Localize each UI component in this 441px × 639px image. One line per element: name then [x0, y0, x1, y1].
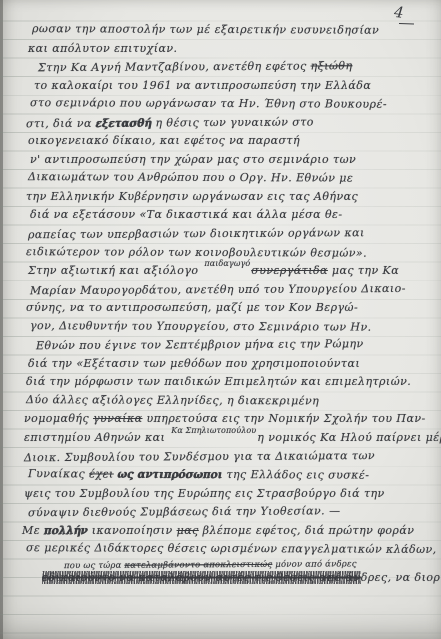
- manuscript-line: ν' αντιπροσωπεύση την χώραν μας στο σεμι…: [30, 151, 427, 170]
- text-segment: σύνης, να το αντιπροσωπεύση, μαζί με τον…: [26, 301, 358, 314]
- text-segment: Δύο άλλες αξιόλογες Ελληνίδες, η διακεκρ…: [26, 393, 319, 407]
- overwritten-text: εξετασθή: [96, 116, 152, 129]
- text-segment: ν' αντιπροσωπεύση την χώραν μας στο σεμι…: [30, 153, 356, 166]
- text-segment: ειδικώτερον τον ρόλον των κοινοβουλευτικ…: [26, 245, 367, 259]
- manuscript-line: Με πολλήν ικανοποίησιν μας βλέπομε εφέτο…: [22, 522, 427, 541]
- text-segment: η νομικός Κα Ηλού παίρνει μέρος εν: [257, 431, 441, 444]
- manuscript-line: Μαρίαν Μαυρογορδάτου, ανετέθη υπό του Υπ…: [30, 279, 427, 300]
- text-segment: οικογενειακό δίκαιο, και εφέτος να παρασ…: [28, 134, 300, 147]
- manuscript-line: γον, Διευθυντήν του Υπουργείου, στο Σεμι…: [30, 317, 427, 337]
- text-segment: βλέπομε εφέτος, διά πρώτην φοράν: [199, 524, 415, 537]
- text-segment: και απόλυτον επιτυχίαν.: [28, 42, 177, 55]
- manuscript-line: σύνης, να το αντιπροσωπεύση, μαζί με τον…: [26, 299, 427, 318]
- manuscript-line: Γυναίκας έχει ως αντιπρόσωποι της Ελλάδο…: [28, 465, 427, 485]
- text-segment: Εθνών που έγινε τον Σεπτέμβριον μήνα εις…: [36, 337, 364, 352]
- manuscript-line: εδικαιούντο να καταλάβουν αυτές τις θέσε…: [42, 571, 427, 588]
- manuscript-page: 4 ρωσαν την αποστολήν των μέ εξαιρετικήν…: [0, 0, 441, 639]
- scribbled-out-text: εδικαιούντο να καταλάβουν αυτές τις θέσε…: [42, 571, 361, 584]
- manuscript-line: Στην Κα Αγνή Μαντζαβίνου, ανετέθη εφέτος…: [38, 57, 427, 78]
- manuscript-line: Διοικ. Συμβουλίου του Συνδέσμου για τα Δ…: [24, 446, 427, 467]
- text-segment: ικανοποίησιν: [88, 524, 177, 537]
- manuscript-line: Εθνών που έγινε τον Σεπτέμβριον μήνα εις…: [36, 335, 427, 356]
- text-segment: Με: [22, 524, 44, 537]
- manuscript-line: διά την μόρφωσιν των παιδικών Επιμελητών…: [26, 373, 427, 392]
- struck-text: έχει: [89, 468, 114, 481]
- text-segment: επιστημίου Αθηνών και: [24, 431, 169, 444]
- text-segment: Δικαιωμάτων του Ανθρώπου που ο Οργ. Ην. …: [28, 171, 353, 185]
- overwritten-text: ως αντιπρόσωποι: [118, 468, 223, 481]
- manuscript-line: επιστημίου Αθηνών και Κα Σπηλιωτοπούλουη…: [24, 429, 427, 448]
- manuscript-line: στο σεμινάριο που ωργάνωσαν τα Ην. Έθνη …: [30, 94, 427, 114]
- text-segment: Διοικ. Συμβουλίου του Συνδέσμου για τα Δ…: [24, 449, 375, 464]
- struck-text: ηξιώθη: [311, 59, 353, 72]
- text-segment: σε μερικές Διδάκτορες θέσεις ωρισμένων ε…: [26, 541, 437, 556]
- manuscript-line: ψεις του Συμβουλίου της Ευρώπης εις Στρα…: [24, 485, 427, 504]
- text-segment: νομομαθής: [24, 412, 93, 425]
- text-segment: που ως τώρα: [64, 561, 125, 571]
- inserted-correction: παιδαγωγό: [204, 255, 250, 274]
- handwritten-text-block: ρωσαν την αποστολήν των μέ εξαιρετικήν ε…: [24, 21, 427, 588]
- text-segment: Στην αξιωτική και αξιόλογο: [28, 264, 202, 277]
- manuscript-line: που ως τώρα κατελαμβάνοντο αποκλειστικώς…: [64, 559, 427, 572]
- page-number-value: 4: [393, 3, 404, 22]
- text-segment: η θέσις των γυναικών στο: [151, 115, 313, 129]
- text-segment: σύναψιν διεθνούς Συμβάσεως διά την Υιοθε…: [28, 505, 341, 520]
- text-segment: γον, Διευθυντήν του Υπουργείου, στο Σεμι…: [30, 319, 372, 333]
- text-segment: στο σεμινάριο που ωργάνωσαν τα Ην. Έθνη …: [30, 96, 387, 111]
- manuscript-line: το καλοκαίρι του 1961 να αντιπροσωπεύση …: [34, 77, 427, 96]
- text-segment: Μαρίαν Μαυρογορδάτου, ανετέθη υπό του Υπ…: [30, 282, 406, 297]
- manuscript-line: σύναψιν διεθνούς Συμβάσεως διά την Υιοθε…: [28, 502, 427, 523]
- struck-text: συνεργάτιδα: [251, 264, 328, 277]
- manuscript-line: Στην αξιωτική και αξιόλογο παιδαγωγόσυνε…: [28, 262, 427, 281]
- manuscript-line: στι, διά να εξετασθή η θέσις των γυναικώ…: [26, 113, 427, 134]
- text-segment: διά την μόρφωσιν των παιδικών Επιμελητών…: [26, 375, 411, 388]
- text-segment: μόνον από άνδρες: [272, 559, 356, 570]
- text-segment: μας την Κα: [328, 264, 399, 277]
- manuscript-line: διά την «Εξέτασιν των μεθόδων που χρησιμ…: [28, 355, 427, 374]
- manuscript-line: και απόλυτον επιτυχίαν.: [28, 40, 427, 59]
- struck-text: μας: [177, 524, 199, 537]
- manuscript-line: Δικαιωμάτων του Ανθρώπου που ο Οργ. Ην. …: [28, 169, 427, 189]
- text-segment: ραπείας των υπερβασιών των διοικητικών ο…: [28, 226, 365, 241]
- text-segment: Γυναίκας: [28, 467, 89, 480]
- text-segment: Στην Κα Αγνή Μαντζαβίνου, ανετέθη εφέτος: [38, 60, 311, 75]
- text-segment: της Ελλάδος εις συσκέ-: [222, 468, 369, 482]
- text-segment: ρωσαν την αποστολήν των μέ εξαιρετικήν ε…: [32, 22, 379, 37]
- struck-text: κατελαμβάνοντο αποκλειστικώς: [124, 560, 272, 571]
- text-segment: διά να εξετάσουν «Τα δικαστικά και άλλα …: [30, 208, 343, 221]
- manuscript-line: την Ελληνικήν Κυβέρνησιν ωργάνωσαν εις τ…: [26, 188, 427, 207]
- text-segment: διά την «Εξέτασιν των μεθόδων που χρησιμ…: [28, 357, 360, 370]
- manuscript-line: οικογενειακό δίκαιο, και εφέτος να παρασ…: [28, 132, 427, 151]
- manuscript-line: ραπείας των υπερβασιών των διοικητικών ο…: [28, 224, 427, 245]
- text-segment: το καλοκαίρι του 1961 να αντιπροσωπεύση …: [34, 79, 371, 92]
- text-segment: στι, διά να: [26, 117, 96, 130]
- manuscript-line: σε μερικές Διδάκτορες θέσεις ωρισμένων ε…: [26, 539, 427, 559]
- text-segment: ψεις του Συμβουλίου της Ευρώπης εις Στρα…: [24, 487, 385, 500]
- manuscript-line: διά να εξετάσουν «Τα δικαστικά και άλλα …: [30, 206, 427, 225]
- manuscript-line: Δύο άλλες αξιόλογες Ελληνίδες, η διακεκρ…: [26, 391, 427, 411]
- overwritten-text: πολλήν: [44, 524, 88, 537]
- text-segment: την Ελληνικήν Κυβέρνησιν ωργάνωσαν εις τ…: [26, 190, 358, 203]
- text-segment: δρες, να διορίζωνται: [361, 571, 441, 584]
- manuscript-line: ρωσαν την αποστολήν των μέ εξαιρετικήν ε…: [32, 20, 427, 40]
- struck-text: γυναίκα: [93, 412, 142, 425]
- inserted-correction: Κα Σπηλιωτοπούλου: [171, 422, 256, 441]
